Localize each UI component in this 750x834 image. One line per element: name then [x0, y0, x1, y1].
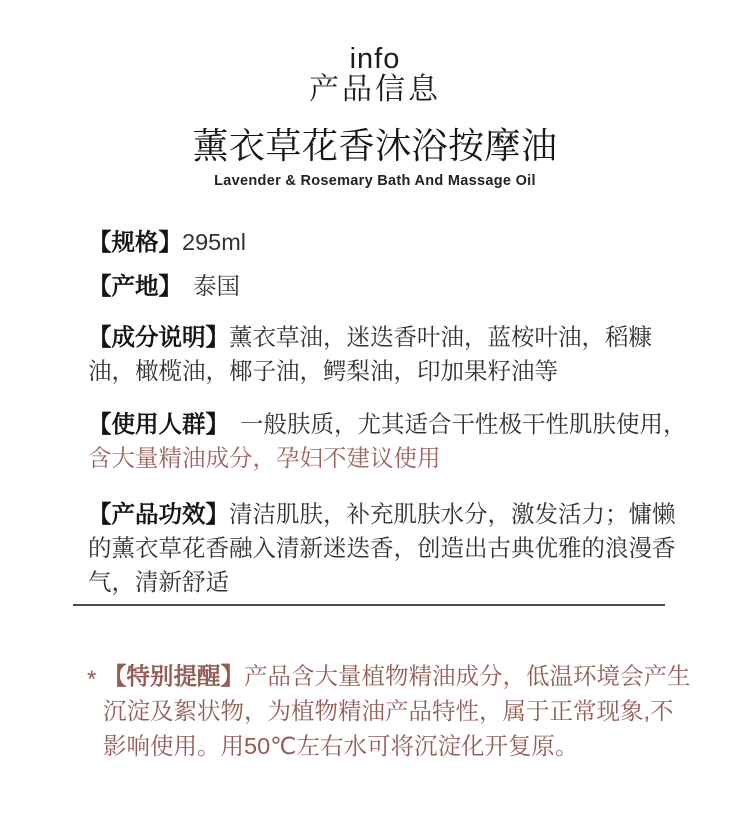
target-users-section: 【使用人群】一般肤质，尤其适合干性极干性肌肤使用， 含大量精油成分，孕妇不建议使… — [88, 407, 680, 475]
ingredients-line-2: 油，橄榄油，椰子油，鳄梨油，印加果籽油等 — [88, 354, 680, 388]
notice-line-3: 影响使用。用50℃左右水可将沉淀化开复原。 — [103, 729, 695, 764]
section-divider — [73, 604, 665, 606]
spec-label: 【规格】 — [88, 229, 182, 255]
notice-text-1: 产品含大量植物精油成分，低温环境会产生 — [244, 663, 691, 689]
product-subtitle: Lavender & Rosemary Bath And Massage Oil — [0, 173, 750, 189]
ingredients-section: 【成分说明】薰衣草油，迷迭香叶油，蓝桉叶油，稻糠 油，橄榄油，椰子油，鳄梨油，印… — [88, 320, 680, 388]
special-notice: * 【特别提醒】产品含大量植物精油成分，低温环境会产生 沉淀及絮状物，为植物精油… — [103, 659, 695, 764]
origin-line: 【产地】泰国 — [88, 269, 680, 303]
origin-value: 泰国 — [193, 273, 240, 299]
target-users-label: 【使用人群】 — [88, 411, 229, 437]
ingredients-label: 【成分说明】 — [88, 324, 229, 350]
product-title: 薰衣草花香沐浴按摩油 — [0, 126, 750, 166]
section-title: 产品信息 — [0, 74, 750, 106]
target-users-line-1: 【使用人群】一般肤质，尤其适合干性极干性肌肤使用， — [88, 407, 680, 441]
target-users-text: 一般肤质，尤其适合干性极干性肌肤使用， — [240, 411, 687, 437]
page-header: info 产品信息 薰衣草花香沐浴按摩油 Lavender & Rosemary… — [0, 0, 750, 189]
info-label: info — [0, 44, 750, 74]
efficacy-label: 【产品功效】 — [88, 501, 229, 527]
notice-line-1: 【特别提醒】产品含大量植物精油成分，低温环境会产生 — [103, 659, 695, 694]
ingredients-line-1: 【成分说明】薰衣草油，迷迭香叶油，蓝桉叶油，稻糠 — [88, 320, 680, 354]
spec-value: 295ml — [182, 229, 246, 255]
origin-section: 【产地】泰国 — [88, 269, 680, 303]
efficacy-line-2: 的薰衣草花香融入清新迷迭香，创造出古典优雅的浪漫香 — [88, 531, 680, 565]
efficacy-line-3: 气，清新舒适 — [88, 565, 680, 599]
notice-line-2: 沉淀及絮状物，为植物精油产品特性，属于正常现象,不 — [103, 694, 695, 729]
origin-label: 【产地】 — [88, 273, 182, 299]
spec-line: 【规格】295ml — [88, 225, 680, 259]
product-info-page: info 产品信息 薰衣草花香沐浴按摩油 Lavender & Rosemary… — [0, 0, 750, 834]
asterisk-mark: * — [87, 662, 96, 697]
ingredients-text-1: 薰衣草油，迷迭香叶油，蓝桉叶油，稻糠 — [229, 324, 652, 350]
efficacy-section: 【产品功效】清洁肌肤，补充肌肤水分，激发活力；慵懒 的薰衣草花香融入清新迷迭香，… — [88, 497, 680, 599]
pregnancy-warning-text: 含大量精油成分，孕妇不建议使用 — [88, 441, 680, 475]
efficacy-text-1: 清洁肌肤，补充肌肤水分，激发活力；慵懒 — [229, 501, 676, 527]
product-details: 【规格】295ml 【产地】泰国 【成分说明】薰衣草油，迷迭香叶油，蓝桉叶油，稻… — [88, 225, 680, 599]
notice-label: 【特别提醒】 — [103, 663, 244, 689]
spec-section: 【规格】295ml — [88, 225, 680, 259]
efficacy-line-1: 【产品功效】清洁肌肤，补充肌肤水分，激发活力；慵懒 — [88, 497, 680, 531]
